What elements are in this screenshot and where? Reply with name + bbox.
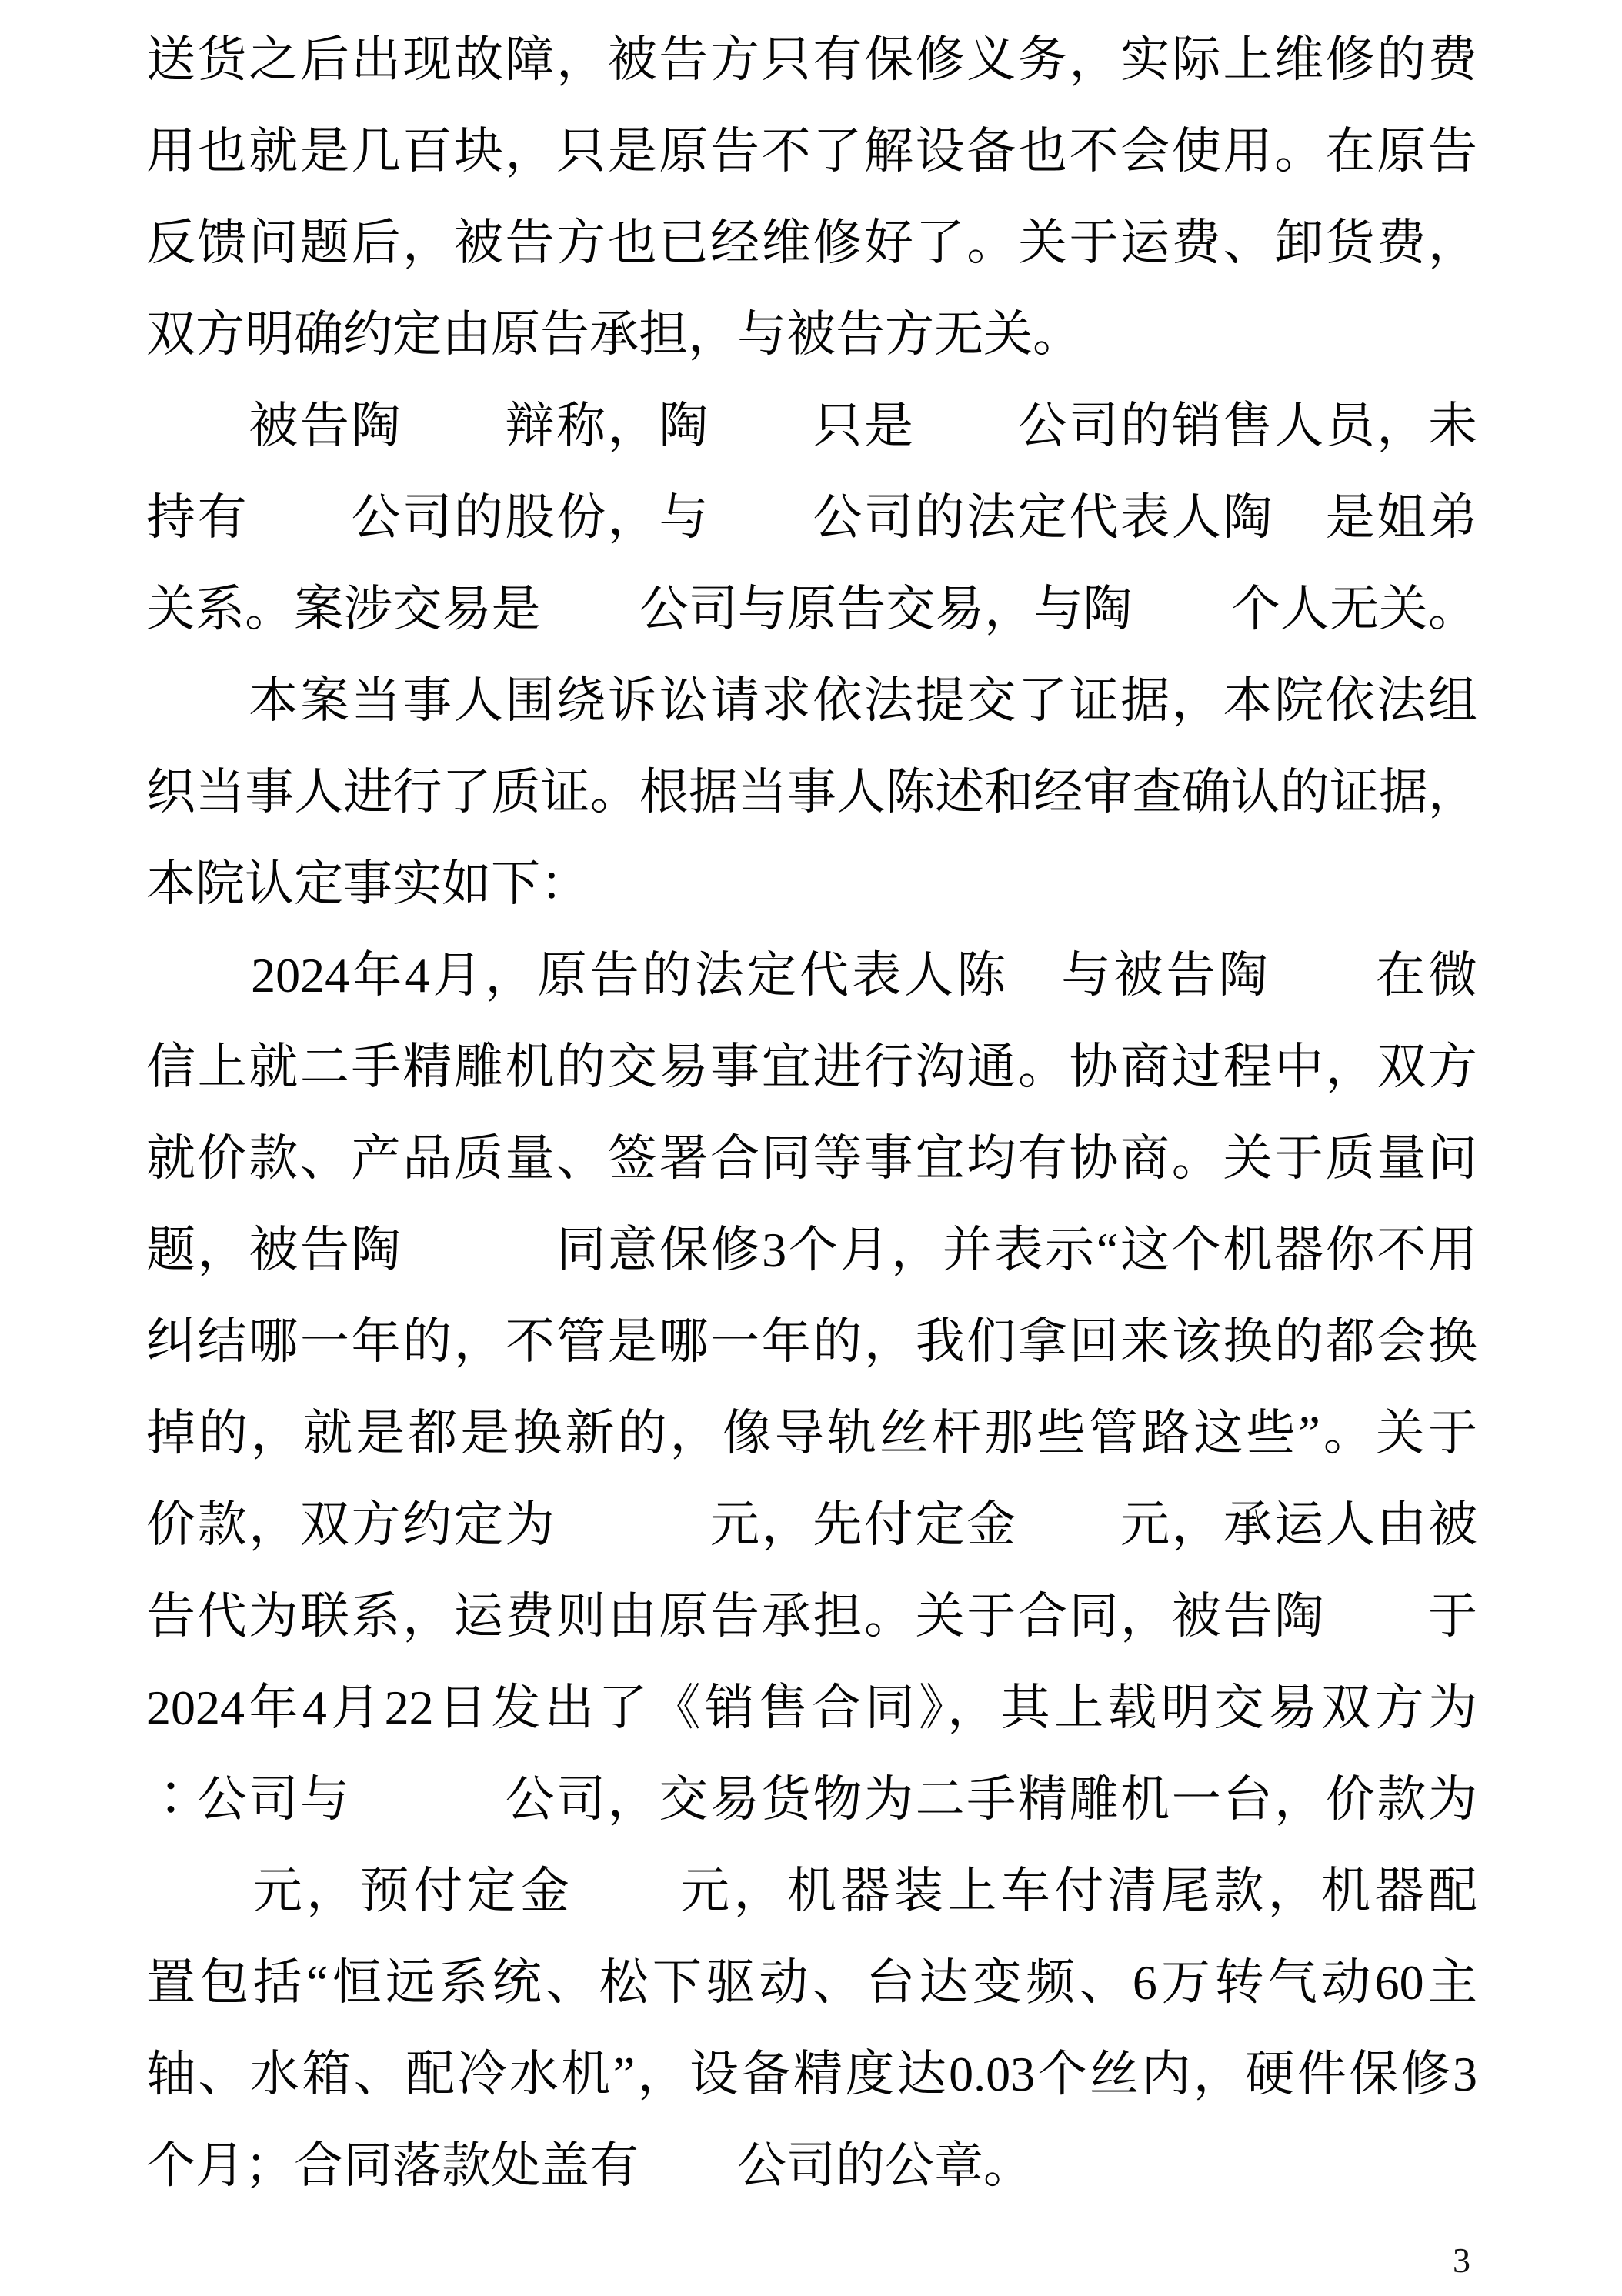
text-line: 反馈问题后，被告方也已经维修好了。关于运费、卸货费， (146, 197, 1477, 289)
text-line: 题，被告陶 同意保修3个月，并表示“这个机器你不用 (146, 1204, 1477, 1296)
text-line: 用也就是几百块，只是原告不了解设备也不会使用。在原告 (146, 105, 1477, 197)
text-line: 双方明确约定由原告承担，与被告方无关。 (146, 289, 1477, 380)
text-line: 持有 公司的股份，与 公司的法定代表人陶 是姐弟 (146, 472, 1477, 563)
text-line: 被告陶 辩称，陶 只是 公司的销售人员，未 (146, 380, 1477, 472)
document-page: 送货之后出现故障，被告方只有保修义务，实际上维修的费 用也就是几百块，只是原告不… (0, 0, 1622, 2296)
text-line: 2024年4月22日发出了《销售合同》，其上载明交易双方为 (146, 1662, 1477, 1754)
text-line: 就价款、产品质量、签署合同等事宜均有协商。关于质量问 (146, 1113, 1477, 1204)
text-line: 价款，双方约定为 元，先付定金 元，承运人由被 (146, 1479, 1477, 1570)
text-line: 信上就二手精雕机的交易事宜进行沟通。协商过程中，双方 (146, 1021, 1477, 1113)
text-line: 关系。案涉交易是 公司与原告交易，与陶 个人无关。 (146, 563, 1477, 655)
text-line: 元，预付定金 元，机器装上车付清尾款，机器配 (146, 1845, 1477, 1937)
text-line: 个月；合同落款处盖有 公司的公章。 (146, 2120, 1477, 2211)
text-line: 本案当事人围绕诉讼请求依法提交了证据，本院依法组 (146, 655, 1477, 746)
text-line: ∶公司与 公司，交易货物为二手精雕机一台，价款为 (146, 1754, 1477, 1845)
text-line: 纠结哪一年的，不管是哪一年的，我们拿回来该换的都会换 (146, 1296, 1477, 1387)
judgment-text-block: 送货之后出现故障，被告方只有保修义务，实际上维修的费 用也就是几百块，只是原告不… (146, 14, 1477, 2211)
text-line: 告代为联系，运费则由原告承担。关于合同，被告陶 于 (146, 1570, 1477, 1662)
text-line: 置包括“恒远系统、松下驱动、台达变频、6万转气动60主 (146, 1937, 1477, 2028)
text-line: 织当事人进行了质证。根据当事人陈述和经审查确认的证据， (146, 746, 1477, 838)
text-line: 本院认定事实如下： (146, 838, 1477, 929)
text-line: 2024年4月，原告的法定代表人陈 与被告陶 在微 (146, 929, 1477, 1021)
text-line: 掉的，就是都是换新的，像导轨丝杆那些管路这些”。关于 (146, 1387, 1477, 1479)
page-number: 3 (1453, 2238, 1470, 2284)
text-line: 送货之后出现故障，被告方只有保修义务，实际上维修的费 (146, 14, 1477, 105)
text-line: 轴、水箱、配冷水机”，设备精度达0.03个丝内，硬件保修3 (146, 2028, 1477, 2120)
